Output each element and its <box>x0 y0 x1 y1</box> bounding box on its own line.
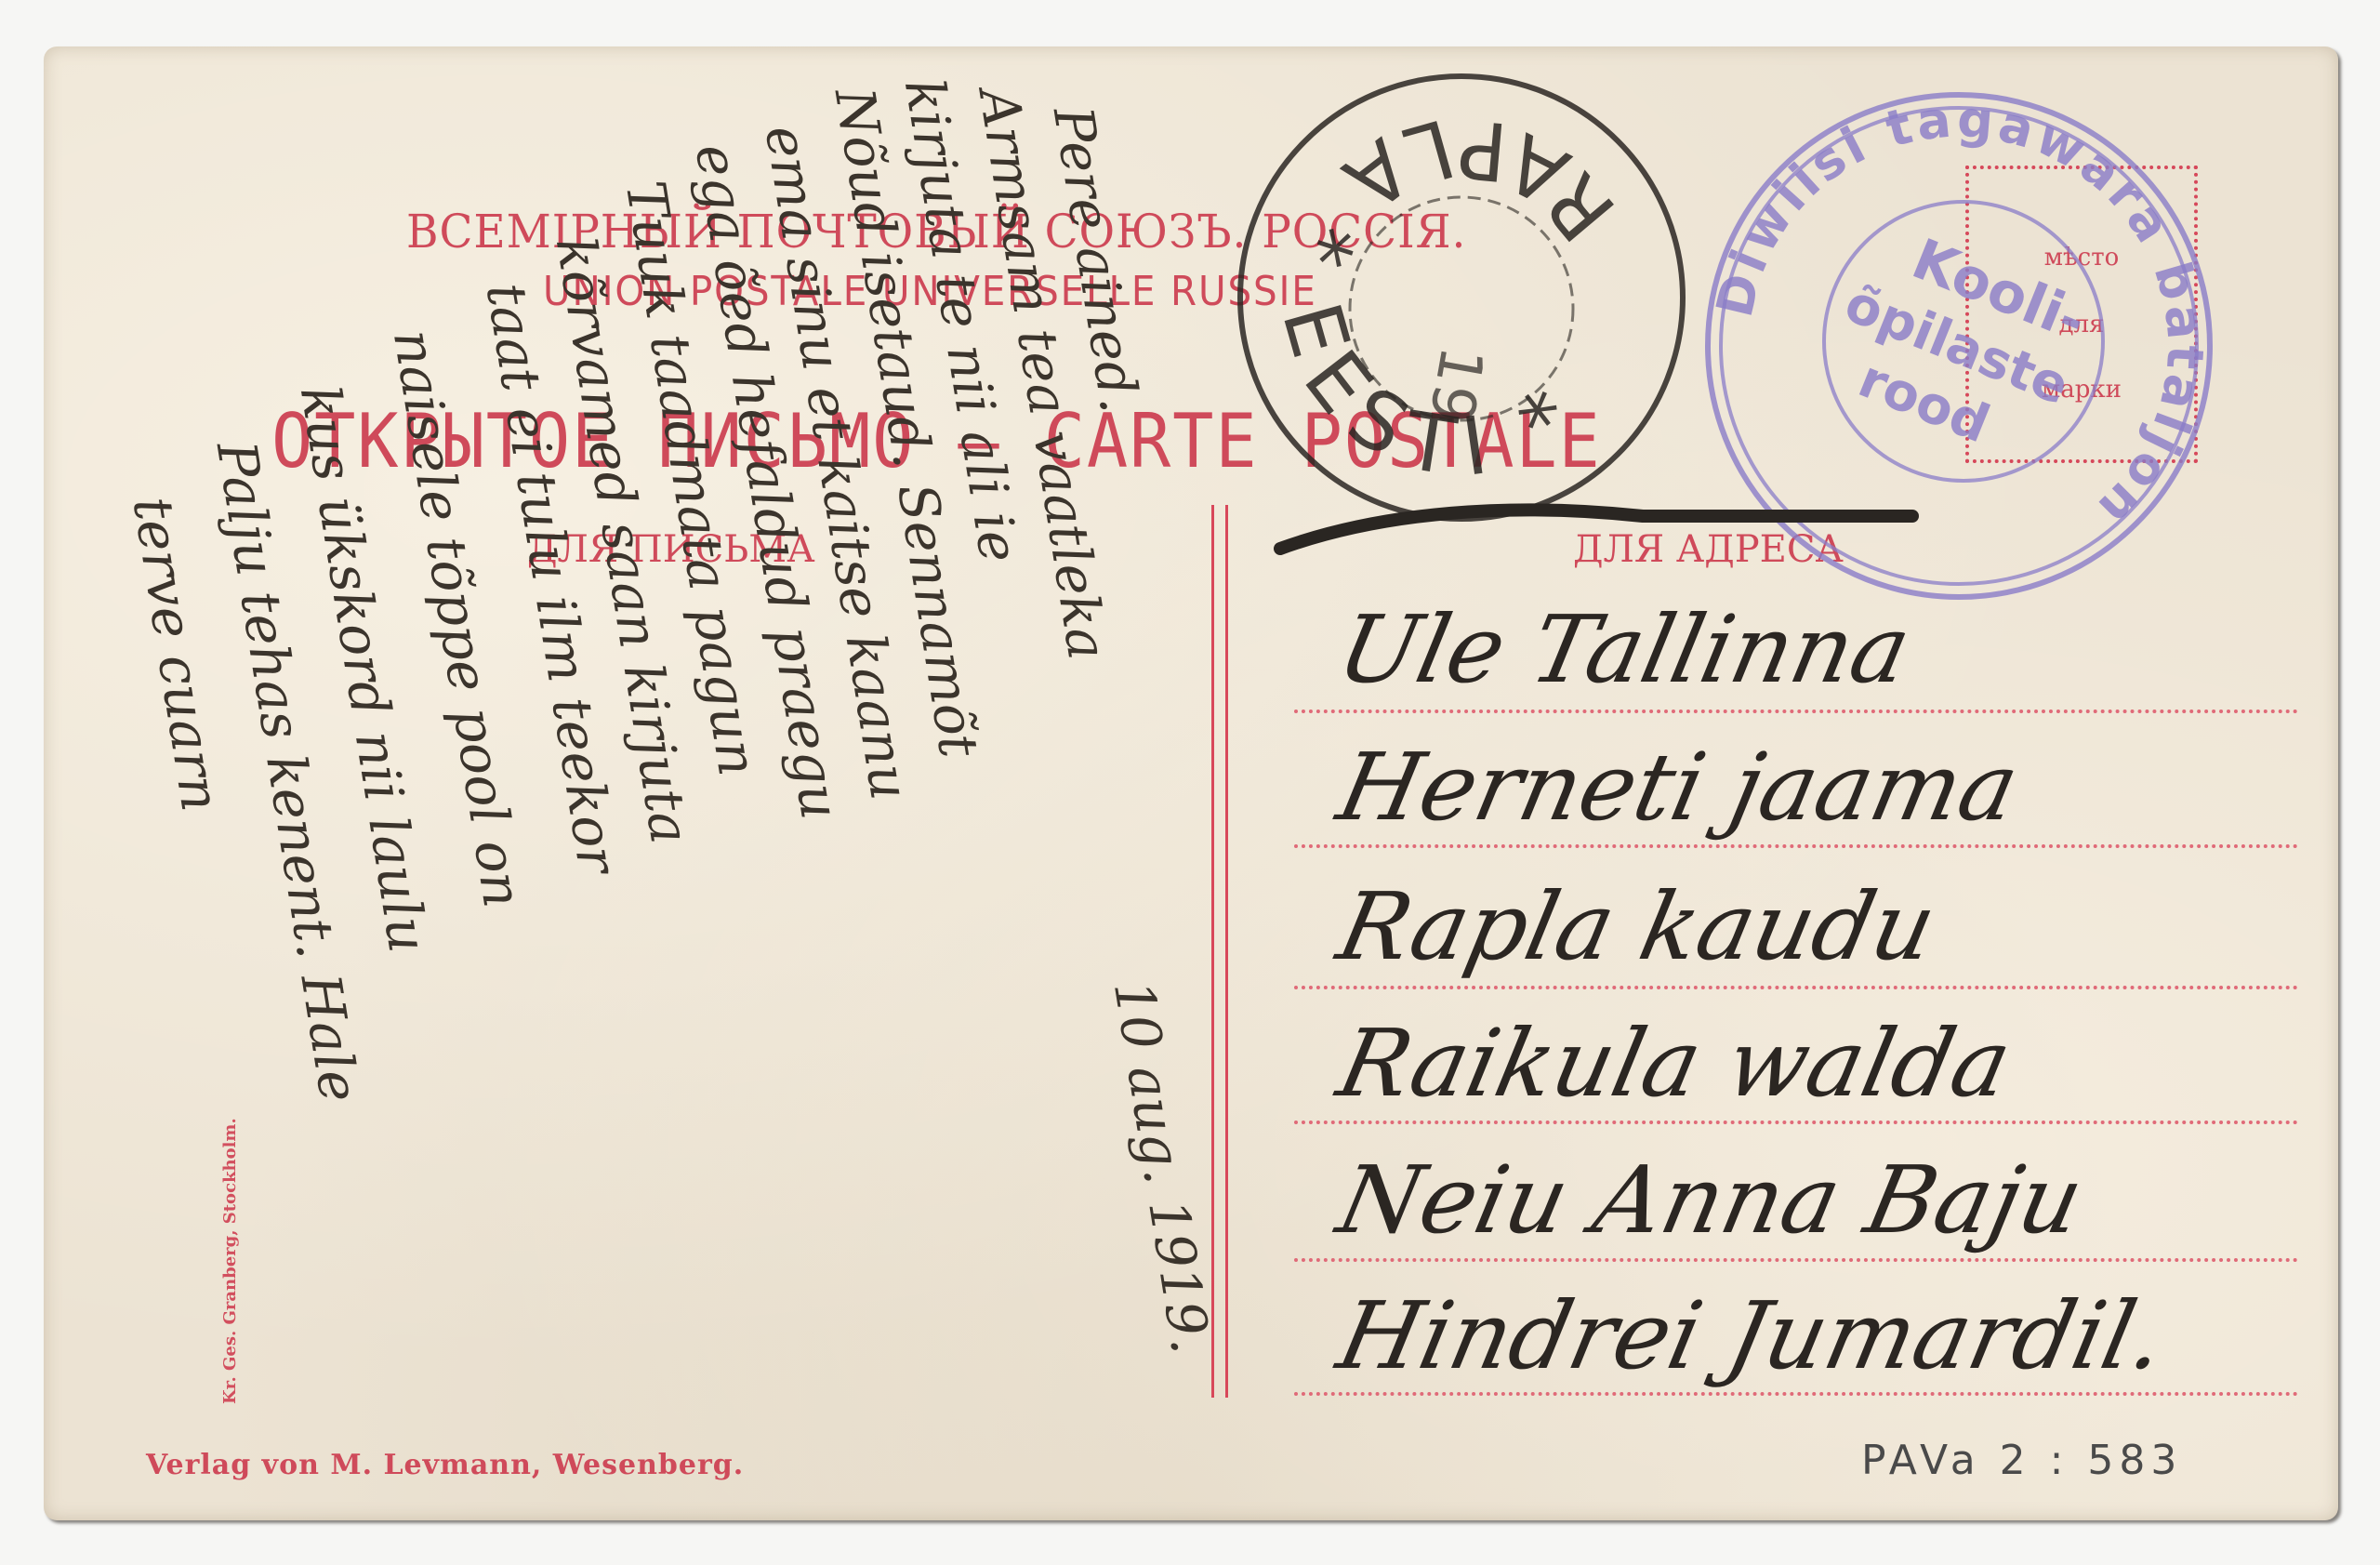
address-line-1: Ule Tallinna <box>1329 595 1920 704</box>
message-line: terve cuarn <box>121 493 232 816</box>
address-line-6: Hindrei Jumardil. <box>1329 1281 2175 1390</box>
message-date: 10 aug. 1919. <box>1102 976 1223 1358</box>
publisher-credit: Verlag von M. Levmann, Wesenberg. <box>146 1449 744 1481</box>
archive-reference-note: PAVa 2 : 583 <box>1861 1437 2182 1484</box>
address-ruling-line <box>1294 844 2298 848</box>
address-flourish-icon <box>1271 493 1922 567</box>
printer-credit: Kr. Ges. Granberg, Stockholm. <box>220 1118 240 1404</box>
postmark-date: 19 <box>1415 341 1496 428</box>
address-line-5: Neiu Anna Baju <box>1329 1146 2093 1254</box>
address-line-2: Herneti jaama <box>1329 733 2028 842</box>
center-divider-line <box>1211 505 1214 1398</box>
address-ruling-line <box>1294 986 2298 989</box>
center-divider-line <box>1225 505 1228 1398</box>
address-line-4: Raikula walda <box>1329 1009 2020 1118</box>
postmark-circle-icon: RAPLA * EESTI * 19 <box>1229 65 1694 530</box>
address-ruling-line <box>1294 1121 2298 1124</box>
address-ruling-line <box>1294 1258 2298 1262</box>
address-line-3: Rapla kaudu <box>1329 872 1946 981</box>
address-ruling-line <box>1294 1392 2298 1396</box>
address-ruling-line <box>1294 710 2298 713</box>
svg-text:RAPLA * EESTI *: RAPLA * EESTI * <box>1263 99 1633 497</box>
postcard: ВСЕМІРНЫЙ ПОЧТОВЫЙ СОЮЗЪ. РОССІЯ. UNION … <box>44 46 2338 1520</box>
